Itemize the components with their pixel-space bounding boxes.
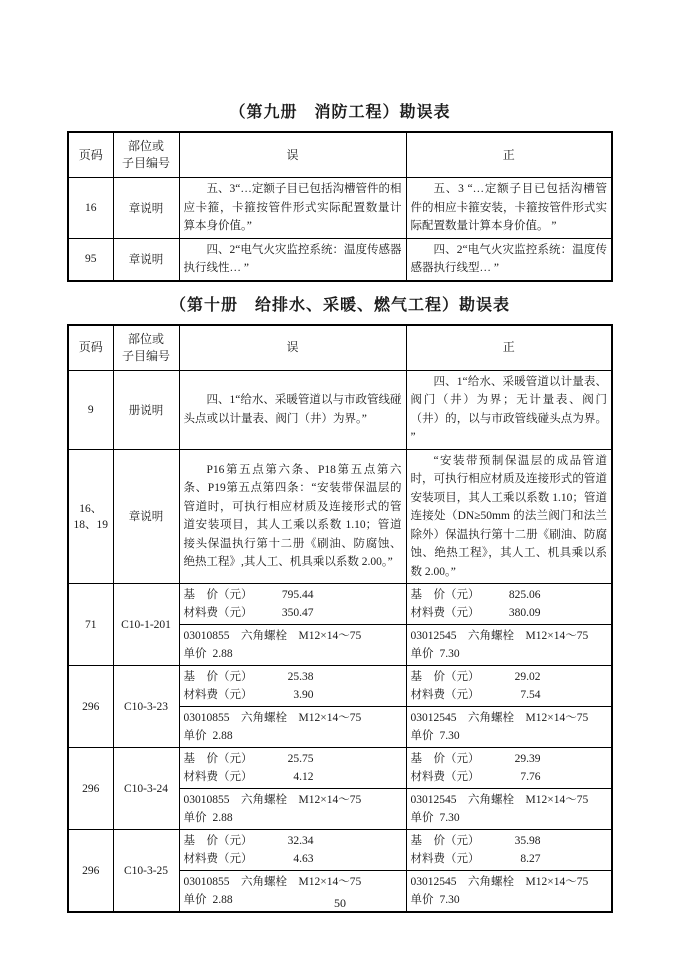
material-fee-label: 材料费（元）: [411, 686, 497, 704]
base-price-line: 基 价（元）25.75: [184, 750, 402, 768]
base-price-label: 基 价（元）: [184, 586, 270, 604]
unit-price-line: 单价7.30: [411, 645, 608, 663]
errata-table-vol10: 页码 部位或 子目编号 误 正 9 册说明 四、1“给水、采暖管道以与市政管线碰…: [67, 324, 613, 914]
material-fee-line: 材料费（元）3.90: [184, 686, 402, 704]
correct-cell: 五、3 “…定额子目已包括沟槽管件的相应卡箍安装，卡箍按管件形式实际配置数量计算…: [406, 178, 612, 239]
correct-cell: 基 价（元）35.98 材料费（元）8.27: [406, 830, 612, 871]
code-cell: C10-1-201: [113, 584, 179, 666]
column-header-section-line1: 部位或: [118, 138, 175, 155]
table-row: 296 C10-3-25 基 价（元）32.34 材料费（元）4.63 基 价（…: [68, 830, 612, 871]
material-fee-line: 材料费（元）7.54: [411, 686, 608, 704]
correct-cell: 基 价（元）29.39 材料费（元）7.76: [406, 748, 612, 789]
section-cell: 章说明: [113, 449, 179, 584]
material-fee-line: 材料费（元）350.47: [184, 604, 402, 622]
page-number-cell: 9: [68, 370, 113, 449]
page-content: （第九册 消防工程）勘误表 页码 部位或 子目编号 误 正 16 章说明 五、3…: [0, 0, 680, 913]
wrong-cell: P16第五点第六条、P18第五点第六条、P19第五点第四条：“安装带保温层的管道…: [179, 449, 406, 584]
base-price-line: 基 价（元）25.38: [184, 668, 402, 686]
column-header-correct: 正: [406, 132, 612, 178]
unit-price-label: 单价: [184, 648, 207, 660]
base-price-value: 29.39: [497, 750, 541, 768]
column-header-section-line2: 子目编号: [118, 348, 175, 365]
base-price-label: 基 价（元）: [184, 750, 270, 768]
column-header-wrong: 误: [179, 132, 406, 178]
base-price-label: 基 价（元）: [411, 750, 497, 768]
section-cell: 章说明: [113, 178, 179, 239]
correct-text: “安装带预制保温层的成品管道时，可执行相应材质及连接形式的管道安装项目，其人工乘…: [411, 452, 608, 582]
wrong-cell: 03010855 六角螺栓 M12×14～75 单价2.88: [179, 707, 406, 748]
column-header-section: 部位或 子目编号: [113, 132, 179, 178]
material-fee-label: 材料费（元）: [184, 768, 270, 786]
unit-price-value: 2.88: [213, 730, 233, 742]
base-price-label: 基 价（元）: [184, 832, 270, 850]
wrong-cell: 基 价（元）32.34 材料费（元）4.63: [179, 830, 406, 871]
item-line: 03010855 六角螺栓 M12×14～75: [184, 627, 402, 645]
page-number-cell: 16: [68, 178, 113, 239]
page-number-cell: 71: [68, 584, 113, 666]
unit-price-label: 单价: [411, 730, 434, 742]
table-row: 296 C10-3-23 基 价（元）25.38 材料费（元）3.90 基 价（…: [68, 666, 612, 707]
unit-price-value: 7.30: [440, 730, 460, 742]
material-fee-line: 材料费（元）7.76: [411, 768, 608, 786]
base-price-value: 25.38: [270, 668, 314, 686]
material-fee-value: 8.27: [497, 850, 541, 868]
table-row: 95 章说明 四、2“电气火灾监控系统：温度传感器执行线性… ” 四、2“电气火…: [68, 238, 612, 281]
wrong-cell: 03010855 六角螺栓 M12×14～75 单价2.88: [179, 789, 406, 830]
section-cell: 章说明: [113, 238, 179, 281]
base-price-label: 基 价（元）: [184, 668, 270, 686]
wrong-cell: 四、2“电气火灾监控系统：温度传感器执行线性… ”: [179, 238, 406, 281]
material-fee-line: 材料费（元）380.09: [411, 604, 608, 622]
material-fee-value: 4.63: [270, 850, 314, 868]
errata-title-vol9: （第九册 消防工程）勘误表: [0, 102, 680, 124]
item-line: 03012545 六角螺栓 M12×14～75: [411, 873, 608, 891]
unit-price-label: 单价: [184, 730, 207, 742]
header-row: 页码 部位或 子目编号 误 正: [68, 325, 612, 371]
column-header-section: 部位或 子目编号: [113, 325, 179, 371]
base-price-line: 基 价（元）29.02: [411, 668, 608, 686]
base-price-value: 32.34: [270, 832, 314, 850]
material-fee-label: 材料费（元）: [184, 604, 270, 622]
table-row: 16 章说明 五、3“…定额子目已包括沟槽管件的相应卡箍，卡箍按管件形式实际配置…: [68, 178, 612, 239]
material-fee-value: 350.47: [270, 604, 314, 622]
item-line: 03010855 六角螺栓 M12×14～75: [184, 709, 402, 727]
correct-text: 四、2“电气火灾监控系统：温度传感器执行线型… ”: [411, 241, 608, 278]
material-fee-label: 材料费（元）: [411, 768, 497, 786]
unit-price-label: 单价: [411, 648, 434, 660]
unit-price-label: 单价: [184, 812, 207, 824]
material-fee-value: 3.90: [270, 686, 314, 704]
code-cell: C10-3-24: [113, 748, 179, 830]
page-number-cell: 296: [68, 666, 113, 748]
material-fee-line: 材料费（元）4.12: [184, 768, 402, 786]
header-row: 页码 部位或 子目编号 误 正: [68, 132, 612, 178]
material-fee-line: 材料费（元）4.63: [184, 850, 402, 868]
correct-cell: 03012545 六角螺栓 M12×14～75 单价7.30: [406, 789, 612, 830]
material-fee-value: 7.76: [497, 768, 541, 786]
correct-cell: 基 价（元）29.02 材料费（元）7.54: [406, 666, 612, 707]
item-line: 03012545 六角螺栓 M12×14～75: [411, 627, 608, 645]
correct-cell: 03012545 六角螺栓 M12×14～75 单价7.30: [406, 625, 612, 666]
base-price-line: 基 价（元）35.98: [411, 832, 608, 850]
wrong-cell: 基 价（元）25.38 材料费（元）3.90: [179, 666, 406, 707]
base-price-label: 基 价（元）: [411, 668, 497, 686]
correct-cell: 四、2“电气火灾监控系统：温度传感器执行线型… ”: [406, 238, 612, 281]
unit-price-line: 单价7.30: [411, 809, 608, 827]
page-number-cell: 95: [68, 238, 113, 281]
material-fee-label: 材料费（元）: [411, 850, 497, 868]
base-price-value: 25.75: [270, 750, 314, 768]
page-footer-number: 50: [0, 896, 680, 911]
page-number-cell: 296: [68, 748, 113, 830]
wrong-text: 四、2“电气火灾监控系统：温度传感器执行线性… ”: [184, 241, 402, 278]
table-row: 16、18、19 章说明 P16第五点第六条、P18第五点第六条、P19第五点第…: [68, 449, 612, 584]
base-price-line: 基 价（元）32.34: [184, 832, 402, 850]
wrong-text: 五、3“…定额子目已包括沟槽管件的相应卡箍，卡箍按管件形式实际配置数量计算本身价…: [184, 180, 402, 236]
unit-price-label: 单价: [411, 812, 434, 824]
material-fee-line: 材料费（元）8.27: [411, 850, 608, 868]
correct-cell: 基 价（元）825.06 材料费（元）380.09: [406, 584, 612, 625]
base-price-value: 795.44: [270, 586, 314, 604]
unit-price-line: 单价2.88: [184, 809, 402, 827]
material-fee-label: 材料费（元）: [184, 850, 270, 868]
table-row: 9 册说明 四、1“给水、采暖管道以与市政管线碰头点或以计量表、阀门（井）为界。…: [68, 370, 612, 449]
material-fee-value: 7.54: [497, 686, 541, 704]
code-cell: C10-3-23: [113, 666, 179, 748]
base-price-value: 825.06: [497, 586, 541, 604]
errata-table-vol9: 页码 部位或 子目编号 误 正 16 章说明 五、3“…定额子目已包括沟槽管件的…: [67, 131, 613, 282]
table-row: 296 C10-3-24 基 价（元）25.75 材料费（元）4.12 基 价（…: [68, 748, 612, 789]
material-fee-label: 材料费（元）: [184, 686, 270, 704]
item-line: 03010855 六角螺栓 M12×14～75: [184, 873, 402, 891]
correct-cell: “安装带预制保温层的成品管道时，可执行相应材质及连接形式的管道安装项目，其人工乘…: [406, 449, 612, 584]
base-price-label: 基 价（元）: [411, 832, 497, 850]
item-line: 03012545 六角螺栓 M12×14～75: [411, 709, 608, 727]
page-number-cell: 16、18、19: [68, 449, 113, 584]
wrong-cell: 四、1“给水、采暖管道以与市政管线碰头点或以计量表、阀门（井）为界。”: [179, 370, 406, 449]
table-row: 71 C10-1-201 基 价（元）795.44 材料费（元）350.47 基…: [68, 584, 612, 625]
column-header-page: 页码: [68, 325, 113, 371]
unit-price-value: 7.30: [440, 648, 460, 660]
item-line: 03010855 六角螺栓 M12×14～75: [184, 791, 402, 809]
material-fee-label: 材料费（元）: [411, 604, 497, 622]
wrong-text: 四、1“给水、采暖管道以与市政管线碰头点或以计量表、阀门（井）为界。”: [184, 391, 402, 428]
base-price-line: 基 价（元）825.06: [411, 586, 608, 604]
column-header-section-line2: 子目编号: [118, 155, 175, 172]
column-header-correct: 正: [406, 325, 612, 371]
material-fee-value: 4.12: [270, 768, 314, 786]
wrong-cell: 03010855 六角螺栓 M12×14～75 单价2.88: [179, 625, 406, 666]
base-price-value: 35.98: [497, 832, 541, 850]
base-price-value: 29.02: [497, 668, 541, 686]
correct-cell: 03012545 六角螺栓 M12×14～75 单价7.30: [406, 707, 612, 748]
correct-cell: 四、1“给水、采暖管道以计量表、阀门（井）为界；无计量表、阀门（井）的，以与市政…: [406, 370, 612, 449]
column-header-page: 页码: [68, 132, 113, 178]
wrong-cell: 五、3“…定额子目已包括沟槽管件的相应卡箍，卡箍按管件形式实际配置数量计算本身价…: [179, 178, 406, 239]
correct-text: 五、3 “…定额子目已包括沟槽管件的相应卡箍安装，卡箍按管件形式实际配置数量计算…: [411, 180, 608, 236]
base-price-label: 基 价（元）: [411, 586, 497, 604]
unit-price-value: 2.88: [213, 648, 233, 660]
unit-price-value: 2.88: [213, 812, 233, 824]
unit-price-line: 单价2.88: [184, 727, 402, 745]
wrong-cell: 基 价（元）25.75 材料费（元）4.12: [179, 748, 406, 789]
unit-price-line: 单价7.30: [411, 727, 608, 745]
correct-text: 四、1“给水、采暖管道以计量表、阀门（井）为界；无计量表、阀门（井）的，以与市政…: [411, 373, 608, 447]
column-header-wrong: 误: [179, 325, 406, 371]
column-header-section-line1: 部位或: [118, 331, 175, 348]
unit-price-line: 单价2.88: [184, 645, 402, 663]
material-fee-value: 380.09: [497, 604, 541, 622]
wrong-cell: 基 价（元）795.44 材料费（元）350.47: [179, 584, 406, 625]
section-cell: 册说明: [113, 370, 179, 449]
errata-title-vol10: （第十册 给排水、采暖、燃气工程）勘误表: [0, 295, 680, 317]
base-price-line: 基 价（元）29.39: [411, 750, 608, 768]
unit-price-value: 7.30: [440, 812, 460, 824]
document-page: （第九册 消防工程）勘误表 页码 部位或 子目编号 误 正 16 章说明 五、3…: [0, 0, 680, 962]
base-price-line: 基 价（元）795.44: [184, 586, 402, 604]
item-line: 03012545 六角螺栓 M12×14～75: [411, 791, 608, 809]
wrong-text: P16第五点第六条、P18第五点第六条、P19第五点第四条：“安装带保温层的管道…: [184, 461, 402, 572]
